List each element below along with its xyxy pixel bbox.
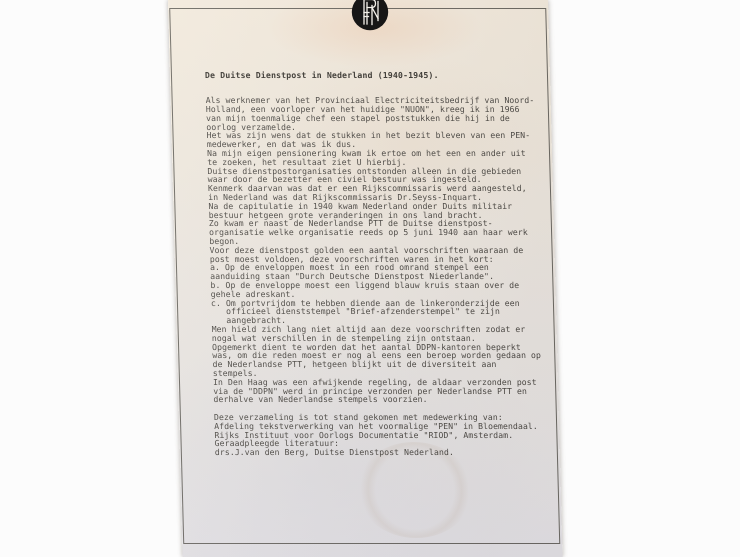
- album-page: De Duitse Dienstpost in Nederland (1940-…: [168, 0, 563, 557]
- document-body: Als werknemer van het Provinciaal Electr…: [206, 96, 561, 457]
- pen-monogram-icon: [351, 0, 389, 31]
- document-title: De Duitse Dienstpost in Nederland (1940-…: [205, 71, 551, 80]
- photo-backdrop: De Duitse Dienstpost in Nederland (1940-…: [0, 0, 740, 557]
- typed-text-block: De Duitse Dienstpost in Nederland (1940-…: [205, 71, 561, 457]
